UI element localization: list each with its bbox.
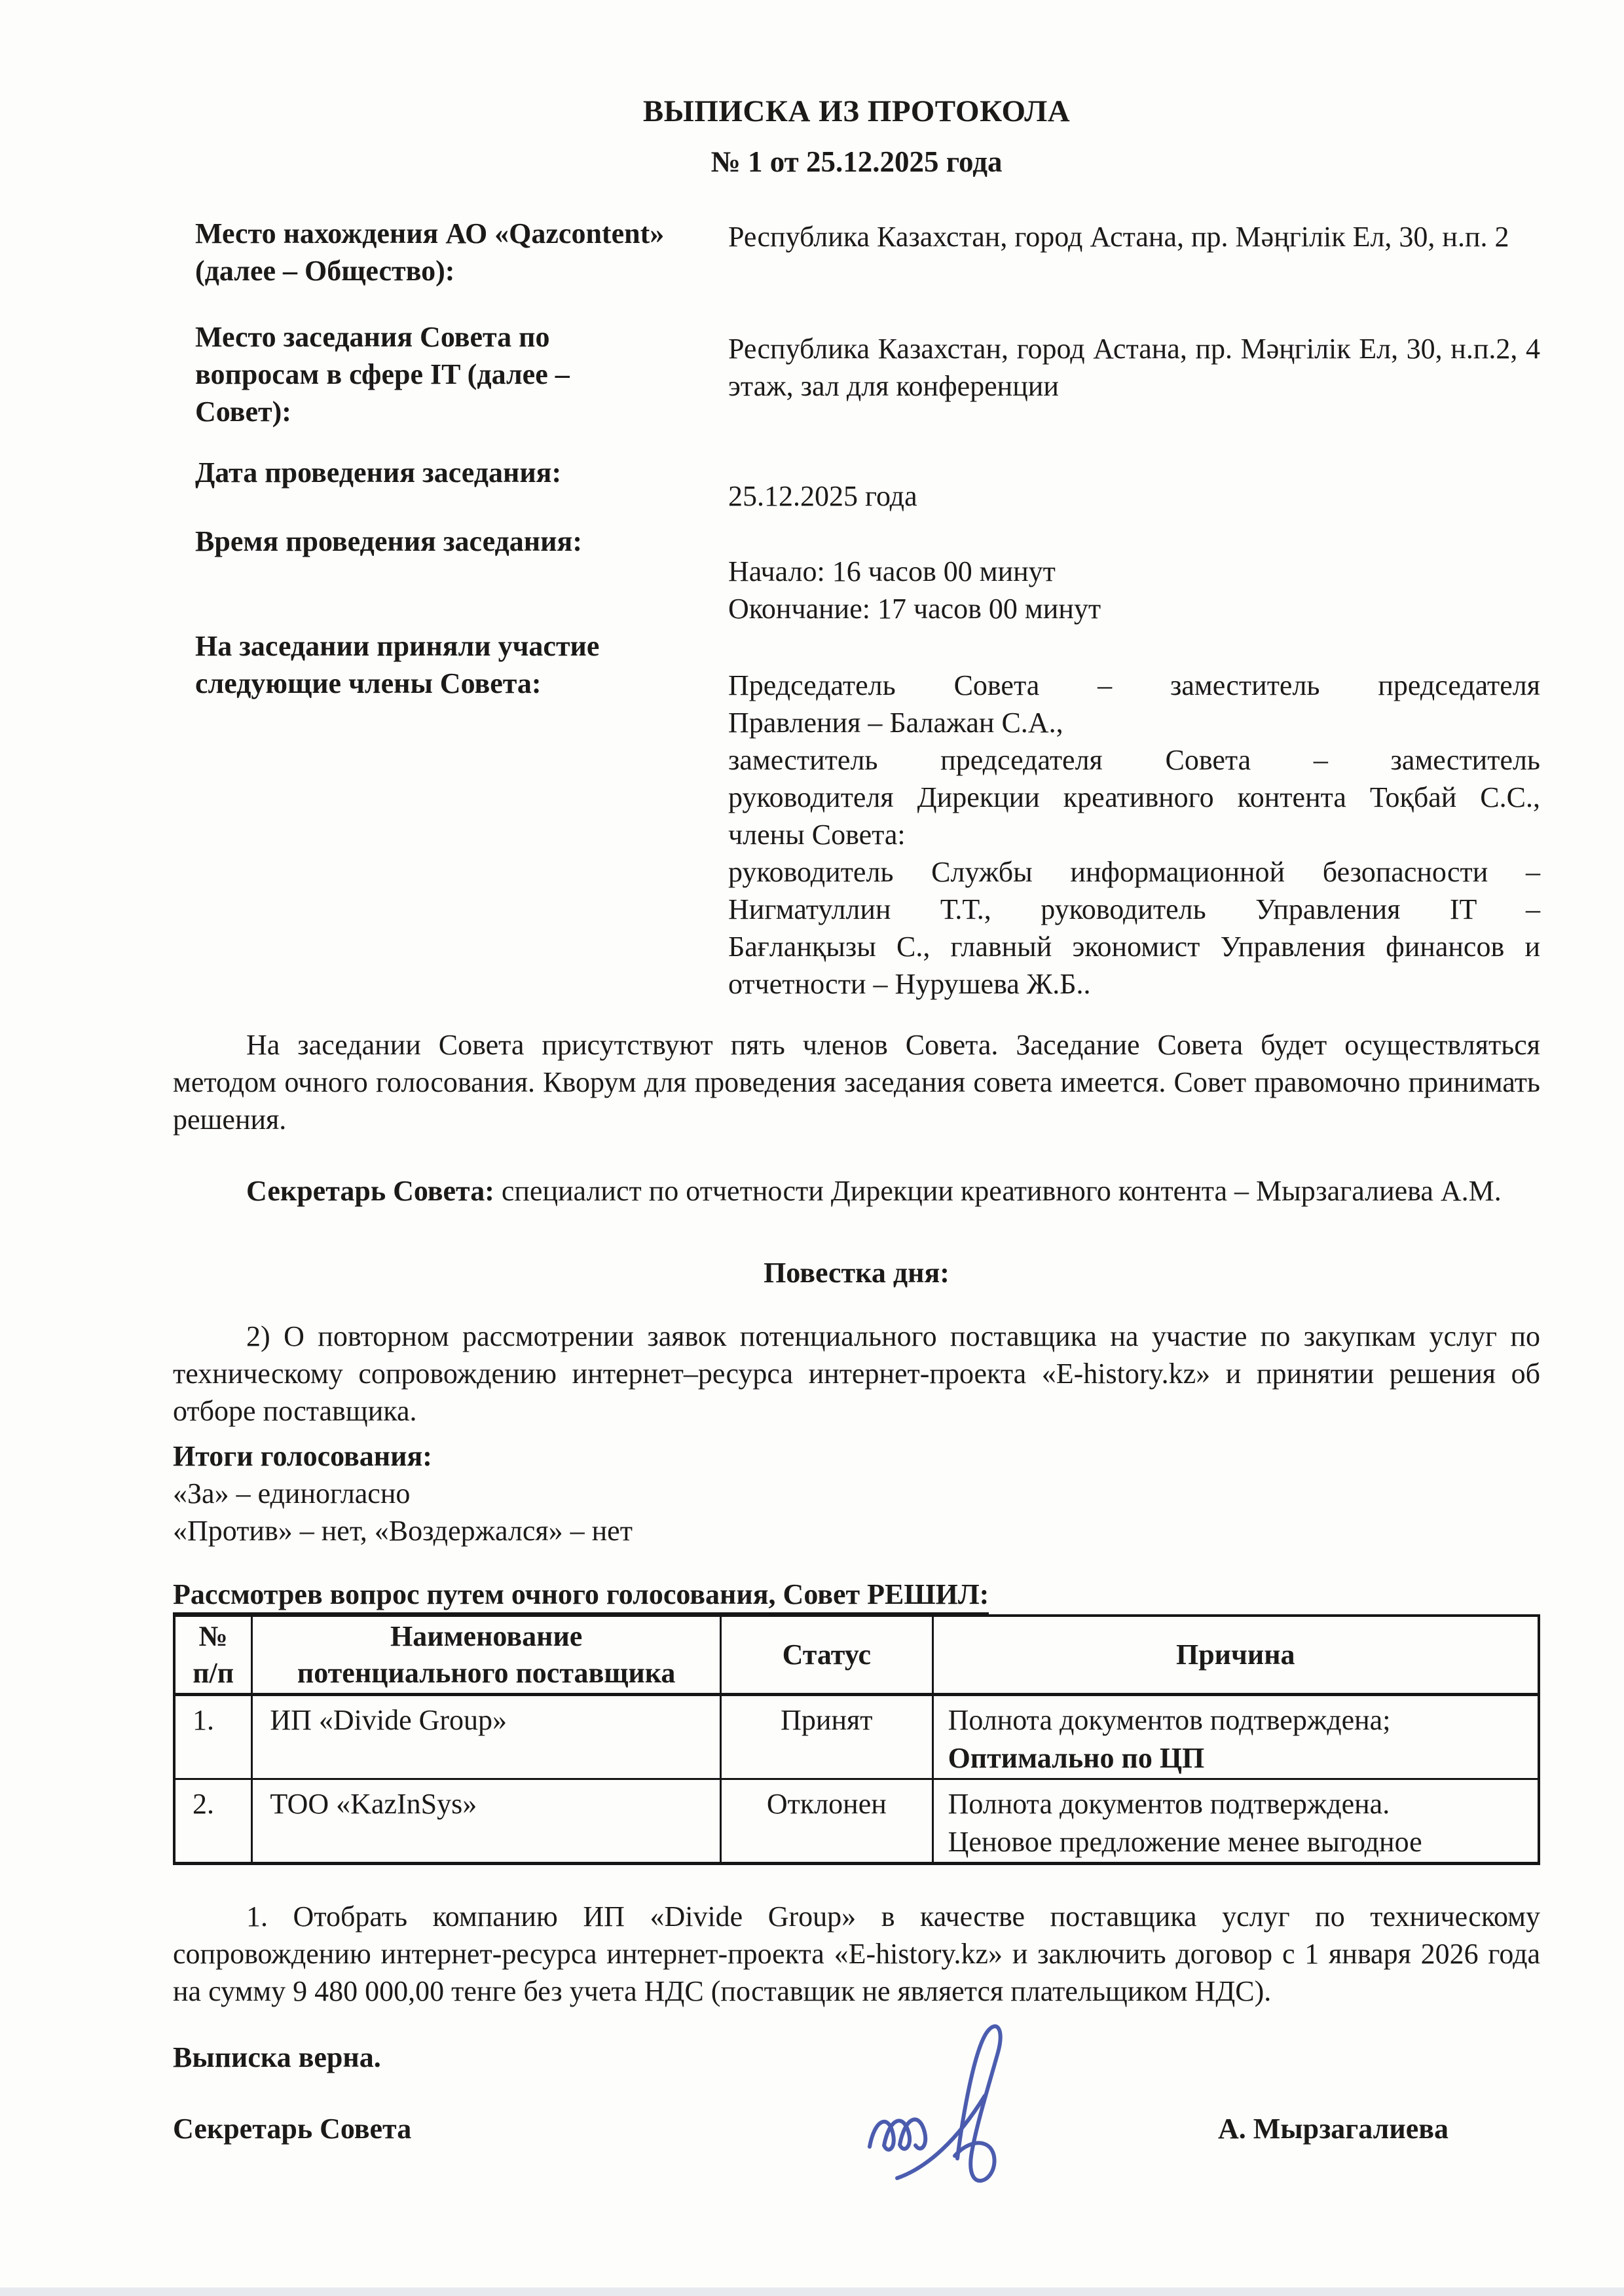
document-page: ВЫПИСКА ИЗ ПРОТОКОЛА № 1 от 25.12.2025 г… (0, 0, 1624, 2296)
document-title: ВЫПИСКА ИЗ ПРОТОКОЛА (173, 92, 1540, 131)
decision-heading: Рассмотрев вопрос путем очного голосован… (173, 1576, 1540, 1613)
cell-reason: Полнота документов подтверждена. Ценовое… (932, 1779, 1539, 1864)
secretary-role: Секретарь Совета (173, 2110, 411, 2147)
secretary-label: Секретарь Совета: (246, 1175, 494, 1207)
document-number: № 1 от 25.12.2025 года (173, 143, 1540, 181)
suppliers-table: № п/п Наименование потенциального постав… (173, 1614, 1540, 1865)
agenda-heading: Повестка дня: (173, 1254, 1540, 1291)
secretary-paragraph: Секретарь Совета: специалист по отчетнос… (173, 1172, 1540, 1210)
info-row-participants: На заседании приняли участие следующие ч… (173, 627, 1540, 1003)
cell-status: Принят (721, 1695, 933, 1779)
info-value: Республика Казахстан, город Астана, пр. … (728, 318, 1540, 430)
info-row-date: Дата проведения заседания: 25.12.2025 го… (173, 454, 1540, 515)
cell-status: Отклонен (721, 1779, 933, 1864)
table-header-reason: Причина (932, 1616, 1539, 1695)
info-value: Начало: 16 часов 00 минут Окончание: 17 … (728, 523, 1540, 627)
info-label: Дата проведения заседания: (173, 454, 728, 515)
scan-edge (0, 2287, 1624, 2296)
info-label: На заседании приняли участие следующие ч… (173, 627, 728, 1003)
agenda-item: 2) О повторном рассмотрении заявок потен… (173, 1318, 1540, 1430)
info-label: Время проведения заседания: (173, 523, 728, 627)
cell-name: ТОО «KazInSys» (252, 1779, 721, 1864)
meeting-info: Место нахождения АО «Qazcontent» (далее … (173, 215, 1540, 1003)
table-header-status: Статус (721, 1616, 933, 1695)
info-value: Республика Казахстан, город Астана, пр. … (728, 215, 1540, 289)
votes-heading: Итоги голосования: (173, 1437, 1540, 1475)
info-label: Место заседания Совета по вопросам в сфе… (173, 318, 728, 430)
participants-list: Председатель Совета – заместитель предсе… (728, 627, 1540, 1003)
info-row-location: Место нахождения АО «Qazcontent» (далее … (173, 215, 1540, 289)
cell-reason: Полнота документов подтверждена; Оптимал… (932, 1695, 1539, 1779)
info-row-time: Время проведения заседания: Начало: 16 ч… (173, 523, 1540, 627)
info-row-venue: Место заседания Совета по вопросам в сфе… (173, 318, 1540, 430)
voting-results: Итоги голосования: «За» – единогласно «П… (173, 1437, 1540, 1549)
cell-num: 1. (174, 1695, 252, 1779)
info-label: Место нахождения АО «Qazcontent» (далее … (173, 215, 728, 289)
vote-against: «Против» – нет, «Воздержался» – нет (173, 1512, 1540, 1549)
cell-num: 2. (174, 1779, 252, 1864)
table-header-row: № п/п Наименование потенциального постав… (174, 1616, 1539, 1695)
table-header-num: № п/п (174, 1616, 252, 1695)
secretary-text: специалист по отчетности Дирекции креати… (494, 1175, 1502, 1207)
vote-for: «За» – единогласно (173, 1475, 1540, 1512)
signature-block: Секретарь Совета А. Мырзагалиева (173, 2110, 1540, 2147)
secretary-name: А. Мырзагалиева (1218, 2110, 1449, 2147)
resolution-paragraph: 1. Отобрать компанию ИП «Divide Group» в… (173, 1898, 1540, 2010)
table-row: 1. ИП «Divide Group» Принят Полнота доку… (174, 1695, 1539, 1779)
table-header-name: Наименование потенциального поставщика (252, 1616, 721, 1695)
quorum-paragraph: На заседании Совета присутствуют пять чл… (173, 1026, 1540, 1138)
info-value: 25.12.2025 года (728, 454, 1540, 515)
cell-name: ИП «Divide Group» (252, 1695, 721, 1779)
table-row: 2. ТОО «KazInSys» Отклонен Полнота докум… (174, 1779, 1539, 1864)
verified-note: Выписка верна. (173, 2039, 1540, 2076)
